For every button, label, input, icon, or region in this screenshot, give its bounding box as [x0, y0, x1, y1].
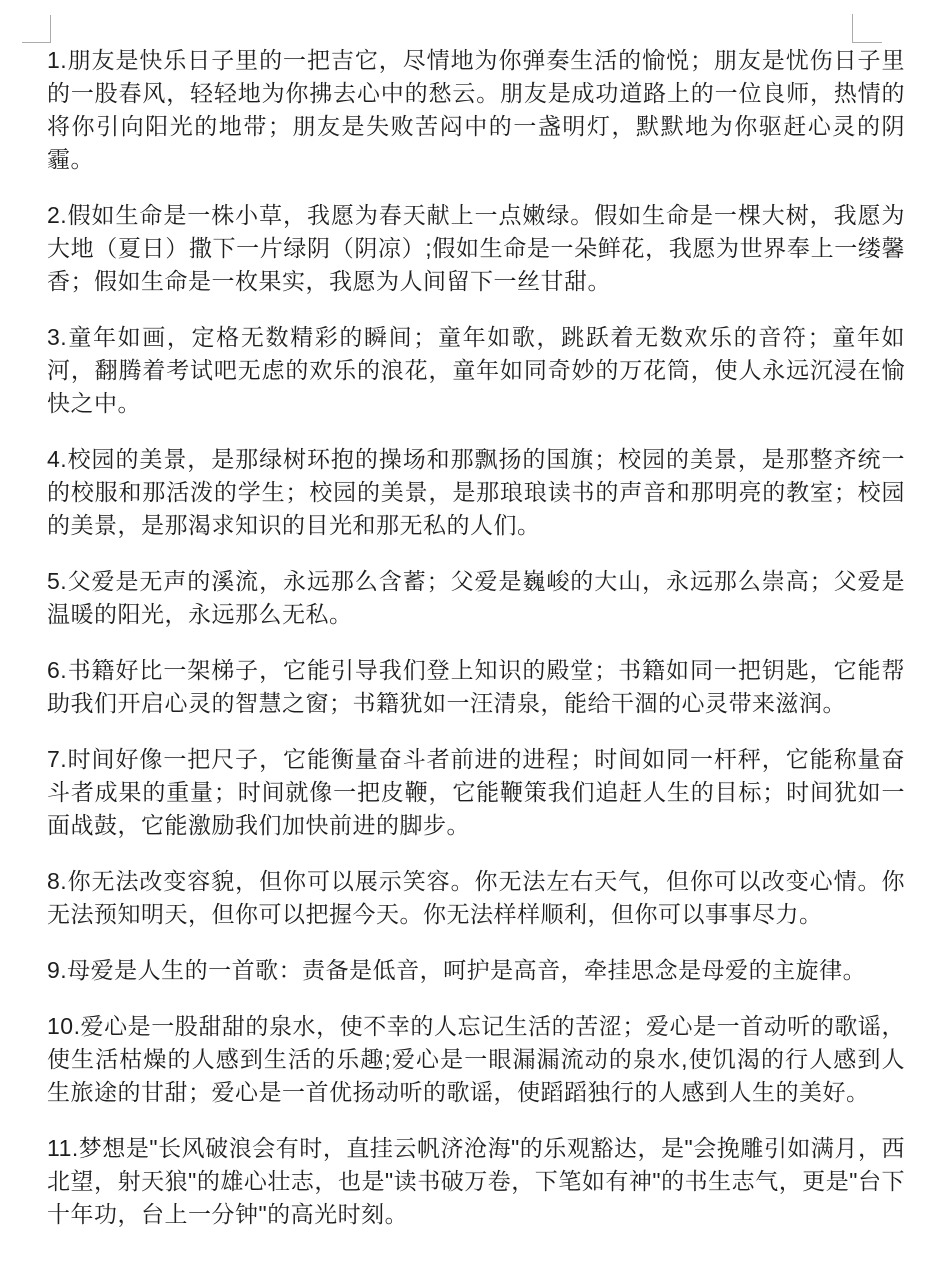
- paragraph-10: 10.爱心是一股甜甜的泉水，使不幸的人忘记生活的苦涩；爱心是一首动听的歌谣，使生…: [47, 1010, 905, 1109]
- paragraph-6: 6.书籍好比一架梯子，它能引导我们登上知识的殿堂；书籍如同一把钥匙，它能帮助我们…: [47, 654, 905, 720]
- crop-mark-top-left-horizontal-line: [22, 42, 51, 43]
- text-body: 1.朋友是快乐日子里的一把吉它，尽情地为你弹奏生活的愉悦；朋友是忧伤日子里的一股…: [47, 44, 905, 1254]
- document-page: 1.朋友是快乐日子里的一把吉它，尽情地为你弹奏生活的愉悦；朋友是忧伤日子里的一股…: [0, 0, 949, 1280]
- paragraph-4: 4.校园的美景，是那绿树环抱的操场和那飘扬的国旗；校园的美景，是那整齐统一的校服…: [47, 443, 905, 542]
- paragraph-5: 5.父爱是无声的溪流，永远那么含蓄；父爱是巍峻的大山，永远那么崇高；父爱是温暖的…: [47, 565, 905, 631]
- crop-mark-top-left-vertical-line: [50, 15, 51, 43]
- crop-mark-top-right-vertical-line: [852, 14, 853, 43]
- paragraph-1: 1.朋友是快乐日子里的一把吉它，尽情地为你弹奏生活的愉悦；朋友是忧伤日子里的一股…: [47, 44, 905, 176]
- paragraph-2: 2.假如生命是一株小草，我愿为春天献上一点嫩绿。假如生命是一棵大树，我愿为大地（…: [47, 199, 905, 298]
- crop-mark-top-right-horizontal-line: [852, 42, 882, 43]
- paragraph-8: 8.你无法改变容貌，但你可以展示笑容。你无法左右天气，但你可以改变心情。你无法预…: [47, 865, 905, 931]
- paragraph-9: 9.母爱是人生的一首歌：责备是低音，呵护是高音，牵挂思念是母爱的主旋律。: [47, 954, 905, 987]
- paragraph-7: 7.时间好像一把尺子，它能衡量奋斗者前进的进程；时间如同一杆秤，它能称量奋斗者成…: [47, 743, 905, 842]
- paragraph-11: 11.梦想是"长风破浪会有时，直挂云帆济沧海"的乐观豁达，是"会挽雕引如满月，西…: [47, 1132, 905, 1231]
- paragraph-3: 3.童年如画，定格无数精彩的瞬间；童年如歌，跳跃着无数欢乐的音符；童年如河，翻腾…: [47, 321, 905, 420]
